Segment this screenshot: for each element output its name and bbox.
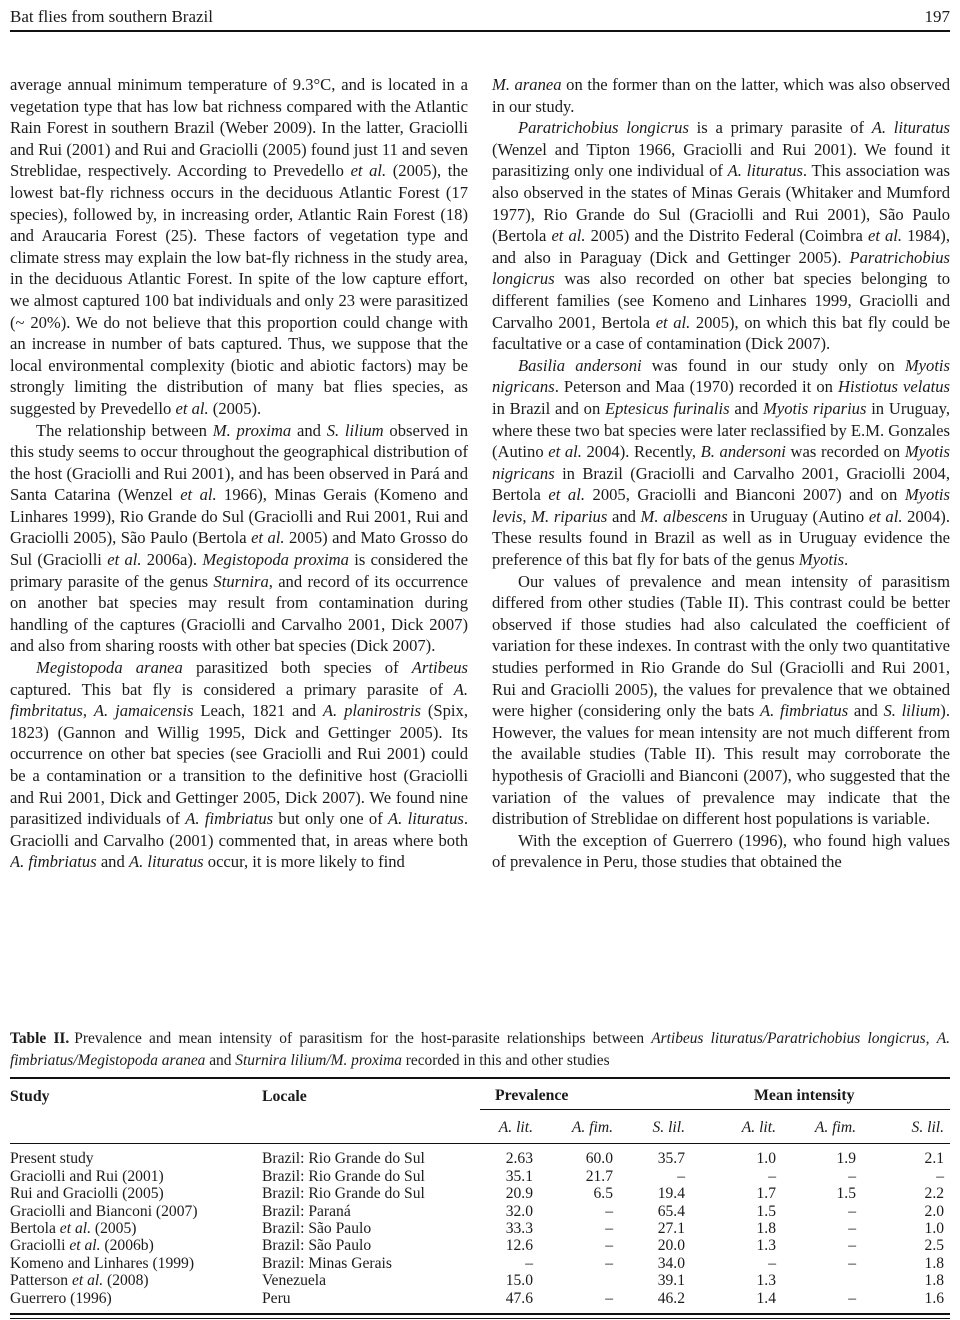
species-name: Megistopoda proxima: [202, 550, 349, 569]
text-run: (2005).: [209, 399, 262, 418]
study-cell: Guerrero (1996): [10, 1290, 262, 1313]
species-name: A. lituratus: [388, 809, 464, 828]
table-row: Present studyBrazil: Rio Grande do Sul2.…: [10, 1144, 950, 1168]
value-cell: 1.8: [716, 1220, 794, 1237]
value-cell: 35.7: [638, 1144, 716, 1168]
text-run: With the exception of Guerrero (1996), w…: [492, 831, 950, 872]
value-cell: 1.0: [716, 1144, 794, 1168]
species-name: M. riparius: [531, 507, 607, 526]
species-name: et al.: [175, 399, 208, 418]
text-run: (2008): [103, 1272, 148, 1289]
value-cell: 1.5: [716, 1203, 794, 1220]
text-run: Guerrero (1996): [10, 1290, 112, 1307]
species-name: et al.: [251, 528, 284, 547]
text-run: (2006b): [101, 1237, 154, 1254]
species-name: Paratrichobius longicrus: [518, 118, 689, 137]
text-run: Graciolli and Bianconi (2007): [10, 1203, 198, 1220]
species-name: S. lilium: [883, 701, 940, 720]
table-subheader-row: A. lit.A. fim.S. lil.A. lit.A. fim.S. li…: [10, 1110, 950, 1144]
column-header-study: Study: [10, 1078, 262, 1110]
value-cell: –: [873, 1168, 950, 1185]
value-cell: 1.4: [716, 1290, 794, 1313]
species-name: M. proxima: [213, 421, 291, 440]
species-name: A. fimbriatus: [760, 701, 848, 720]
text-run: . Peterson and Maa (1970) recorded it on: [555, 377, 838, 396]
value-cell: –: [716, 1168, 794, 1185]
species-name: et al.: [351, 161, 387, 180]
locale-cell: Brazil: Minas Gerais: [262, 1255, 480, 1272]
species-name: Myotis riparius: [763, 399, 866, 418]
table-row: Komeno and Linhares (1999)Brazil: Minas …: [10, 1255, 950, 1272]
species-name: A. jamaicensis: [94, 701, 194, 720]
value-cell: 60.0: [559, 1144, 638, 1168]
value-cell: –: [559, 1290, 638, 1313]
text-run: captured. This bat fly is considered a p…: [10, 680, 454, 699]
species-name: Myotis: [799, 550, 844, 569]
value-cell: 39.1: [638, 1272, 716, 1289]
species-name: et al.: [107, 550, 141, 569]
value-cell: 6.5: [559, 1185, 638, 1202]
value-cell: 1.6: [873, 1290, 950, 1313]
study-cell: Bertola et al. (2005): [10, 1220, 262, 1237]
locale-cell: Peru: [262, 1290, 480, 1313]
species-name: et al.: [72, 1272, 103, 1289]
study-cell: Graciolli and Bianconi (2007): [10, 1203, 262, 1220]
right-column: M. aranea on the former than on the latt…: [492, 74, 950, 1014]
value-cell: –: [480, 1255, 559, 1272]
value-cell: 32.0: [480, 1203, 559, 1220]
value-cell: –: [559, 1255, 638, 1272]
text-run: and: [97, 852, 129, 871]
paragraph: The relationship between M. proxima and …: [10, 420, 468, 658]
header-rule: [10, 30, 950, 32]
value-cell: –: [559, 1203, 638, 1220]
species-name: et al.: [869, 507, 903, 526]
text-run: on the former than on the latter, which …: [492, 75, 950, 116]
value-cell: 2.0: [873, 1203, 950, 1220]
value-cell: –: [559, 1237, 638, 1254]
text-run: parasitized both species of: [183, 658, 412, 677]
text-run: Patterson: [10, 1272, 72, 1289]
table-row: Rui and Graciolli (2005)Brazil: Rio Gran…: [10, 1185, 950, 1202]
table-body: Present studyBrazil: Rio Grande do Sul2.…: [10, 1144, 950, 1313]
column-group-mean-intensity: Mean intensity: [716, 1078, 950, 1110]
text-run: ,: [522, 507, 531, 526]
value-cell: –: [794, 1168, 873, 1185]
species-name: Sturnira lilium/M. proxima: [235, 1052, 402, 1069]
table-row: Graciolli and Rui (2001)Brazil: Rio Gran…: [10, 1168, 950, 1185]
species-name: et al.: [548, 485, 585, 504]
text-run: in Uruguay (Autino: [728, 507, 869, 526]
table-bottom-rule: [10, 1313, 950, 1319]
species-name: Artibeus: [412, 658, 468, 677]
value-cell: 1.9: [794, 1144, 873, 1168]
table-section: Table II.Prevalence and mean intensity o…: [10, 1028, 950, 1319]
value-cell: 1.8: [873, 1272, 950, 1289]
value-cell: 35.1: [480, 1168, 559, 1185]
value-cell: 21.7: [559, 1168, 638, 1185]
text-run: 2005) and the Distrito Federal (Coimbra: [586, 226, 868, 245]
page-number: 197: [925, 7, 951, 27]
subcolumn-header: A. lit.: [716, 1110, 794, 1144]
value-cell: 20.9: [480, 1185, 559, 1202]
species-name: Megistopoda aranea: [36, 658, 183, 677]
value-cell: 19.4: [638, 1185, 716, 1202]
locale-cell: Venezuela: [262, 1272, 480, 1289]
value-cell: 2.1: [873, 1144, 950, 1168]
text-run: .: [844, 550, 848, 569]
value-cell: –: [794, 1237, 873, 1254]
value-cell: 1.7: [716, 1185, 794, 1202]
value-cell: 12.6: [480, 1237, 559, 1254]
paragraph: Our values of prevalence and mean intens…: [492, 571, 950, 830]
species-name: Histiotus velatus: [838, 377, 950, 396]
table-row: Guerrero (1996)Peru47.6–46.21.4–1.6: [10, 1290, 950, 1313]
value-cell: 1.0: [873, 1220, 950, 1237]
species-name: A. lituratus: [129, 852, 204, 871]
value-cell: 27.1: [638, 1220, 716, 1237]
value-cell: [559, 1272, 638, 1289]
subcolumn-header: S. lil.: [638, 1110, 716, 1144]
value-cell: 65.4: [638, 1203, 716, 1220]
species-name: A. lituratus: [872, 118, 950, 137]
table-row: Patterson et al. (2008)Venezuela15.039.1…: [10, 1272, 950, 1289]
running-head-title: Bat flies from southern Brazil: [10, 7, 213, 27]
data-table: Study Locale Prevalence Mean intensity A…: [10, 1077, 950, 1313]
text-run: and: [848, 701, 883, 720]
value-cell: 2.5: [873, 1237, 950, 1254]
paragraph: Paratrichobius longicrus is a primary pa…: [492, 117, 950, 355]
species-name: Artibeus lituratus/Paratrichobius longic…: [651, 1030, 925, 1047]
value-cell: –: [794, 1255, 873, 1272]
locale-cell: Brazil: Rio Grande do Sul: [262, 1144, 480, 1168]
text-run: Rui and Graciolli (2005): [10, 1185, 164, 1202]
species-name: et al.: [656, 313, 691, 332]
text-run: and: [730, 399, 763, 418]
species-name: S. lilium: [327, 421, 384, 440]
subcolumn-header: A. lit.: [480, 1110, 559, 1144]
locale-cell: Brazil: São Paulo: [262, 1237, 480, 1254]
paragraph: average annual minimum temperature of 9.…: [10, 74, 468, 420]
study-cell: Rui and Graciolli (2005): [10, 1185, 262, 1202]
value-cell: 33.3: [480, 1220, 559, 1237]
species-name: Sturnira: [213, 572, 268, 591]
subcolumn-header: S. lil.: [873, 1110, 950, 1144]
value-cell: [794, 1272, 873, 1289]
text-run: recorded in this and other studies: [402, 1052, 610, 1069]
text-run: The relationship between: [36, 421, 213, 440]
text-run: 2006a).: [142, 550, 203, 569]
paragraph: Megistopoda aranea parasitized both spec…: [10, 657, 468, 873]
table-row: Bertola et al. (2005)Brazil: São Paulo33…: [10, 1220, 950, 1237]
species-name: Eptesicus furinalis: [605, 399, 730, 418]
text-run: was recorded on: [786, 442, 905, 461]
value-cell: –: [716, 1255, 794, 1272]
locale-cell: Brazil: Rio Grande do Sul: [262, 1168, 480, 1185]
species-name: et al.: [551, 226, 585, 245]
empty-header-cell: [10, 1110, 262, 1144]
species-name: et al.: [180, 485, 216, 504]
text-run: Prevalence and mean intensity of parasit…: [74, 1030, 651, 1047]
subcolumn-header: A. fim.: [794, 1110, 873, 1144]
paragraph: M. aranea on the former than on the latt…: [492, 74, 950, 117]
value-cell: –: [638, 1168, 716, 1185]
text-run: and: [205, 1052, 235, 1069]
text-run: Present study: [10, 1150, 94, 1167]
locale-cell: Brazil: Rio Grande do Sul: [262, 1185, 480, 1202]
text-run: 2005, Graciolli and Bianconi 2007) and o…: [585, 485, 905, 504]
species-name: et al.: [868, 226, 902, 245]
locale-cell: Brazil: São Paulo: [262, 1220, 480, 1237]
text-run: and: [291, 421, 327, 440]
body-columns: average annual minimum temperature of 9.…: [10, 74, 950, 1014]
study-cell: Patterson et al. (2008): [10, 1272, 262, 1289]
text-run: (2005): [91, 1220, 136, 1237]
value-cell: –: [794, 1220, 873, 1237]
value-cell: 1.3: [716, 1272, 794, 1289]
table-header-group-row: Study Locale Prevalence Mean intensity: [10, 1078, 950, 1110]
text-run: Graciolli and Rui (2001): [10, 1168, 164, 1185]
text-run: Our values of prevalence and mean intens…: [492, 572, 950, 721]
value-cell: 15.0: [480, 1272, 559, 1289]
column-header-locale: Locale: [262, 1078, 480, 1110]
text-run: and: [607, 507, 640, 526]
text-run: ,: [926, 1030, 937, 1047]
left-column: average annual minimum temperature of 9.…: [10, 74, 468, 1014]
column-group-prevalence: Prevalence: [480, 1078, 716, 1110]
text-run: occur, it is more likely to find: [204, 852, 405, 871]
value-cell: 1.3: [716, 1237, 794, 1254]
species-name: B. andersoni: [701, 442, 786, 461]
text-run: Leach, 1821 and: [193, 701, 322, 720]
value-cell: –: [559, 1220, 638, 1237]
species-name: et al.: [69, 1237, 100, 1254]
species-name: A. fimbriatus: [185, 809, 273, 828]
subcolumn-header: A. fim.: [559, 1110, 638, 1144]
species-name: A. fimbriatus: [10, 852, 97, 871]
table-caption-text: Prevalence and mean intensity of parasit…: [10, 1030, 950, 1069]
paper-page: Bat flies from southern Brazil 197 avera…: [0, 0, 960, 1319]
text-run: is a primary parasite of: [689, 118, 872, 137]
value-cell: 46.2: [638, 1290, 716, 1313]
table-caption: Table II.Prevalence and mean intensity o…: [10, 1028, 950, 1071]
species-name: Basilia andersoni: [518, 356, 642, 375]
species-name: M. albescens: [641, 507, 728, 526]
value-cell: 34.0: [638, 1255, 716, 1272]
value-cell: –: [794, 1290, 873, 1313]
species-name: et al.: [548, 442, 582, 461]
species-name: M. aranea: [492, 75, 562, 94]
species-name: et al.: [60, 1220, 91, 1237]
species-name: A. planirostris: [323, 701, 421, 720]
table-row: Graciolli et al. (2006b)Brazil: São Paul…: [10, 1237, 950, 1254]
table-row: Graciolli and Bianconi (2007)Brazil: Par…: [10, 1203, 950, 1220]
table-caption-label: Table II.: [10, 1030, 69, 1047]
text-run: in Brazil and on: [492, 399, 605, 418]
value-cell: 47.6: [480, 1290, 559, 1313]
text-run: ). However, the values for mean intensit…: [492, 701, 950, 828]
paragraph: Basilia andersoni was found in our study…: [492, 355, 950, 571]
text-run: (2005), the lowest bat-fly richness occu…: [10, 161, 468, 418]
empty-header-cell: [262, 1110, 480, 1144]
value-cell: 2.2: [873, 1185, 950, 1202]
text-run: Bertola: [10, 1220, 60, 1237]
study-cell: Graciolli and Rui (2001): [10, 1168, 262, 1185]
value-cell: 1.5: [794, 1185, 873, 1202]
value-cell: 2.63: [480, 1144, 559, 1168]
text-run: ,: [83, 701, 94, 720]
study-cell: Komeno and Linhares (1999): [10, 1255, 262, 1272]
value-cell: 1.8: [873, 1255, 950, 1272]
species-name: A. lituratus: [728, 161, 803, 180]
study-cell: Graciolli et al. (2006b): [10, 1237, 262, 1254]
text-run: was found in our study only on: [642, 356, 905, 375]
text-run: Komeno and Linhares (1999): [10, 1255, 194, 1272]
running-header: Bat flies from southern Brazil 197: [10, 0, 950, 27]
text-run: 2004). Recently,: [582, 442, 701, 461]
text-run: Graciolli: [10, 1237, 69, 1254]
value-cell: –: [794, 1203, 873, 1220]
text-run: but only one of: [273, 809, 388, 828]
paragraph: With the exception of Guerrero (1996), w…: [492, 830, 950, 873]
locale-cell: Brazil: Paraná: [262, 1203, 480, 1220]
value-cell: 20.0: [638, 1237, 716, 1254]
study-cell: Present study: [10, 1144, 262, 1168]
